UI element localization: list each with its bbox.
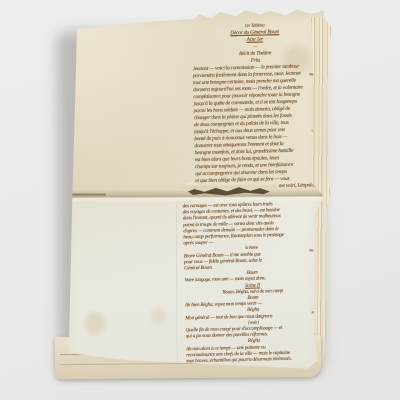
edge-ink-mark bbox=[309, 249, 313, 251]
handwriting-block-upper: 1er TableauDécor du Général BoumActe 1er… bbox=[192, 21, 322, 192]
photograph-of-manuscript: pareilles lignes du premier acte 1er Tab… bbox=[0, 0, 400, 400]
handwriting-block-lower: des carnages — est avec tous apôtres leu… bbox=[183, 200, 323, 365]
fold-crease-vertical bbox=[176, 202, 179, 370]
manuscript-sheet: 1er TableauDécor du Général BoumActe 1er… bbox=[59, 11, 325, 378]
